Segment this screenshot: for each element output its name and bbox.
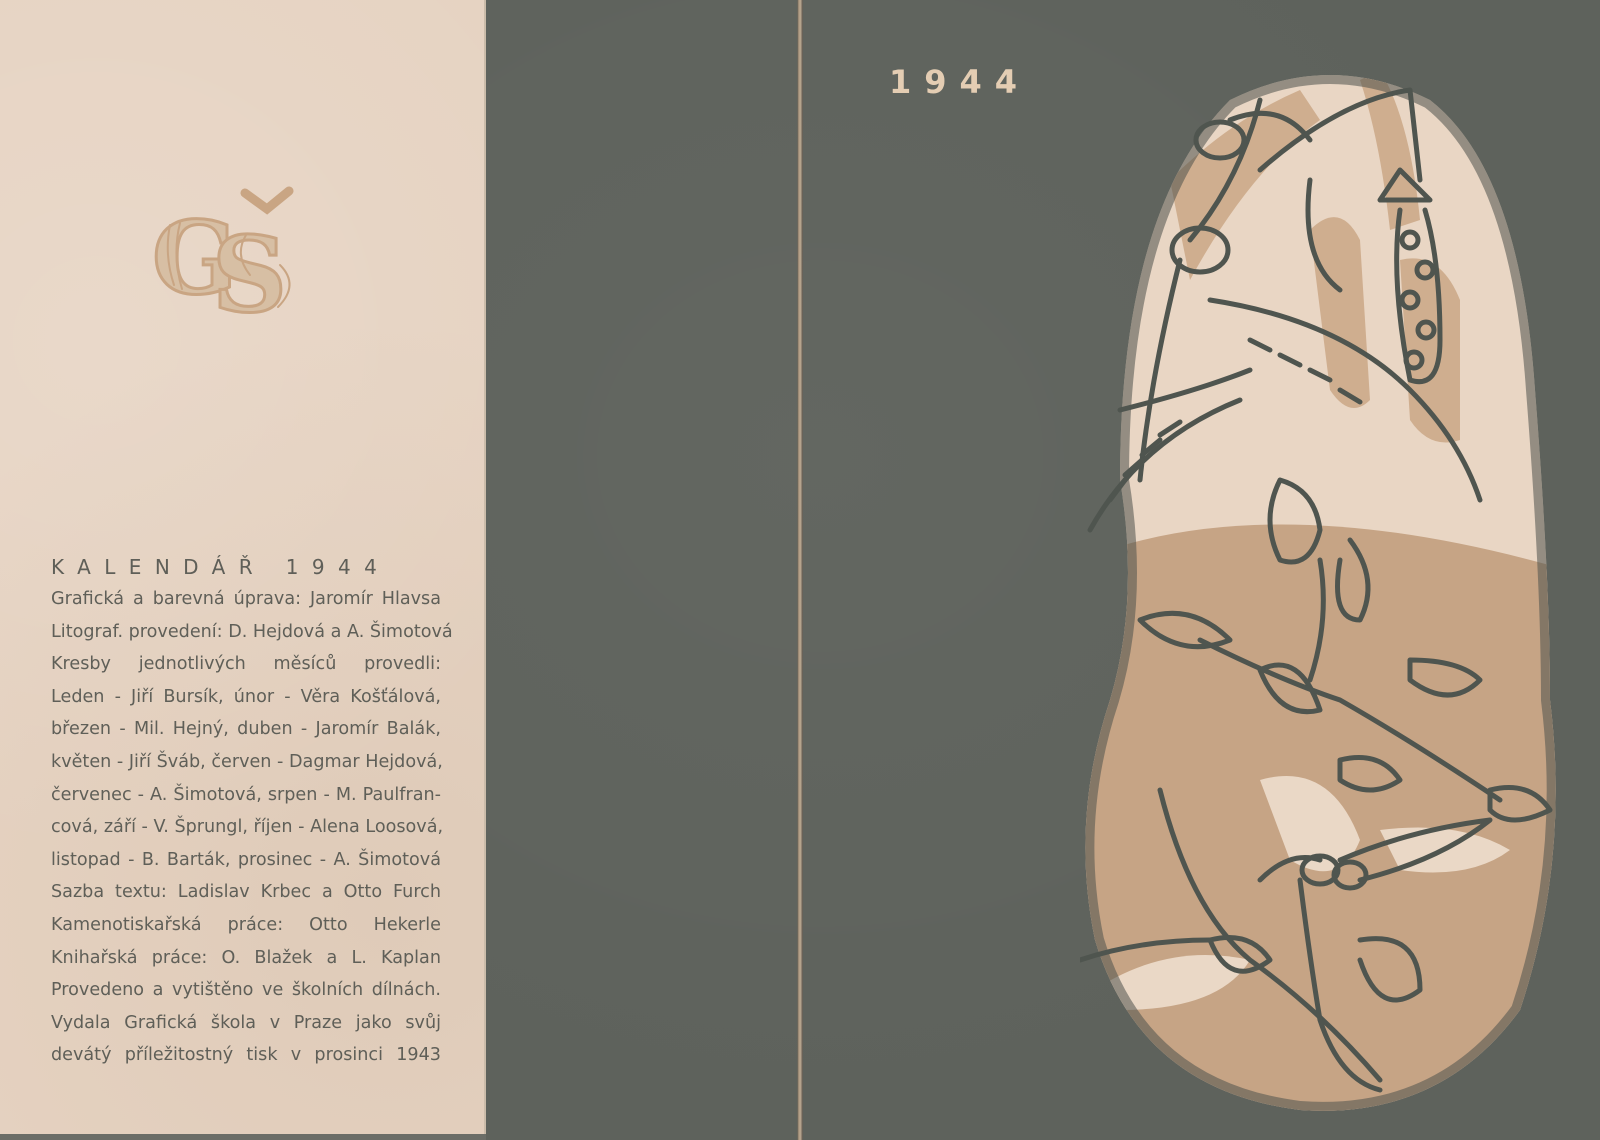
gs-monogram-icon: G S (150, 185, 320, 315)
colophon-line: Leden - Jiří Bursík, únor - Věra Košťálo… (51, 681, 441, 714)
calendar-cover-spread: G S KALENDÁŘ 1944 Grafická a barevná úpr… (0, 0, 1600, 1140)
botanical-illustration-icon (1080, 60, 1590, 1120)
colophon-line: cová, září - V. Šprungl, říjen - Alena L… (51, 811, 441, 844)
colophon-line: devátý příležitostný tisk v prosinci 194… (51, 1039, 441, 1072)
colophon-title: KALENDÁŘ 1944 (51, 555, 441, 579)
svg-text:S: S (212, 213, 287, 315)
colophon-line: květen - Jiří Šváb, červen - Dagmar Hejd… (51, 746, 441, 779)
bottom-edge (0, 1134, 486, 1140)
colophon-line: Vydala Grafická škola v Praze jako svůj (51, 1007, 441, 1040)
inside-flap: G S KALENDÁŘ 1944 Grafická a barevná úpr… (0, 0, 484, 1134)
colophon-line: Kresby jednotlivých měsíců provedli: (51, 648, 441, 681)
colophon-line: Sazba textu: Ladislav Krbec a Otto Furch (51, 876, 441, 909)
colophon-line: Provedeno a vytištěno ve školních dílnác… (51, 974, 441, 1007)
colophon-line: červenec - A. Šimotová, srpen - M. Paulf… (51, 779, 441, 812)
spine-fold (797, 0, 803, 1140)
flap-edge (484, 0, 486, 1134)
colophon-line: Litograf. provedení: D. Hejdová a A. Šim… (51, 616, 441, 649)
colophon-line: Grafická a barevná úprava: Jaromír Hlavs… (51, 583, 441, 616)
cover-year: 1944 (889, 63, 1030, 101)
colophon-line: březen - Mil. Hejný, duben - Jaromír Bal… (51, 713, 441, 746)
colophon-line: Knihařská práce: O. Blažek a L. Kaplan (51, 942, 441, 975)
colophon: KALENDÁŘ 1944 Grafická a barevná úprava:… (51, 555, 441, 1072)
colophon-line: Kamenotiskařská práce: Otto Hekerle (51, 909, 441, 942)
colophon-line: listopad - B. Barták, prosinec - A. Šimo… (51, 844, 441, 877)
